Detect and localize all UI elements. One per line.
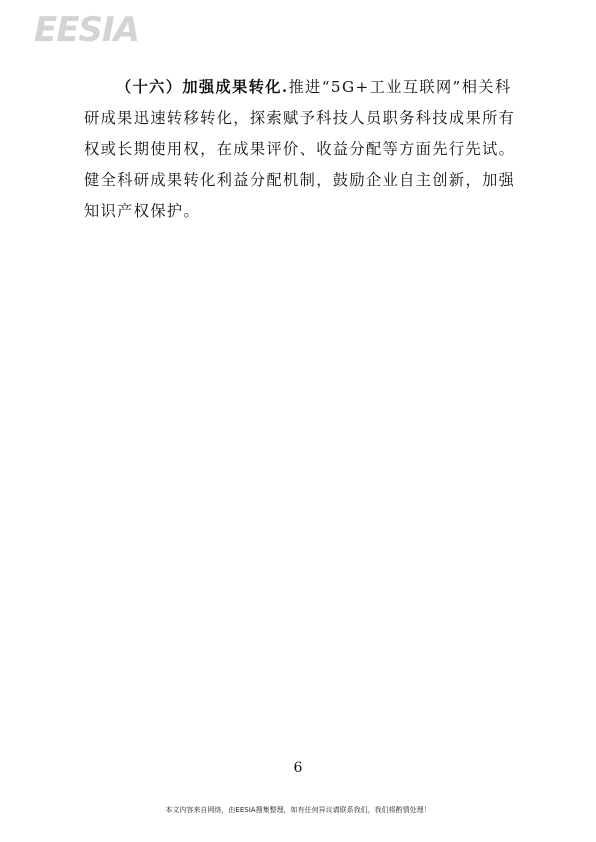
paragraph-section-16: （十六）加强成果转化.推进“5G+工业互联网”相关科研成果迅速转移转化，探索赋予… <box>84 72 516 227</box>
page-number: 6 <box>0 760 596 776</box>
document-body: （十六）加强成果转化.推进“5G+工业互联网”相关科研成果迅速转移转化，探索赋予… <box>84 72 516 227</box>
section-body: 推进“5G+工业互联网”相关科研成果迅速转移转化，探索赋予科技人员职务科技成果所… <box>84 78 515 220</box>
section-heading: （十六）加强成果转化. <box>116 78 289 96</box>
footer-disclaimer: 本文内容来自网络，由EESIA搜集整理，如有任何异议请联系我们，我们将酌情处理！ <box>0 805 596 815</box>
eesia-logo: EESIA <box>34 10 139 50</box>
